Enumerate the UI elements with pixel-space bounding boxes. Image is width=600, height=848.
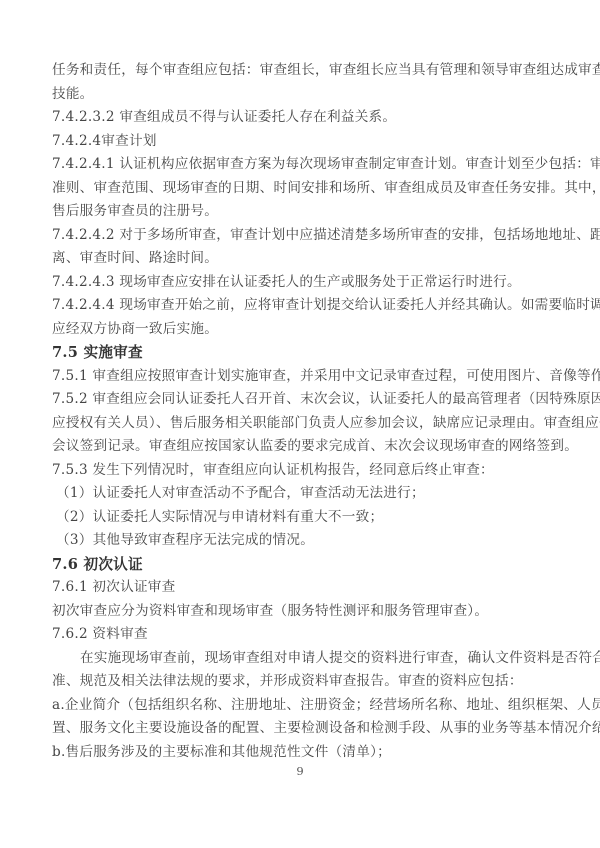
text-line: 应经双方协商一致后实施。 [52,318,550,342]
text-line: 7.4.2.4审查计划 [52,130,550,154]
text-line: 7.4.2.4.3 现场审查应安排在认证委托人的生产或服务处于正常运行时进行。 [52,271,550,295]
text-line: 应授权有关人员）、售后服务相关职能部门负责人应参加会议，缺席应记录理由。审查组应… [52,412,550,436]
text-line: 售后服务审查员的注册号。 [52,200,550,224]
text-line: 任务和责任，每个审查组应包括：审查组长，审查组长应当具有管理和领导审查组达成审查… [52,59,550,83]
text-line: 7.4.2.4.2 对于多场所审查，审查计划中应描述清楚多场所审查的安排，包括场… [52,224,550,248]
text-line: 置、服务文化主要设施设备的配置、主要检测设备和检测手段、从事的业务等基本情况介绍… [52,717,550,741]
document-page: 任务和责任，每个审查组应包括：审查组长，审查组长应当具有管理和领导审查组达成审查… [0,0,600,848]
text-line: 7.5.1 审查组应按照审查计划实施审查，并采用中文记录审查过程，可使用图片、音… [52,365,550,389]
text-line: 7.6.1 初次认证审查 [52,576,550,600]
page-number: 9 [0,764,600,778]
text-line: 7.5.2 审查组应会同认证委托人召开首、末次会议，认证委托人的最高管理者（因特… [52,388,550,412]
text-line: 准、规范及相关法律法规的要求，并形成资料审查报告。审查的资料应包括： [52,670,550,694]
text-line: 7.6.2 资料审查 [52,623,550,647]
text-line: （1）认证委托人对审查活动不予配合，审查活动无法进行； [52,482,550,506]
text-line: 在实施现场审查前，现场审查组对申请人提交的资料进行审查，确认文件资料是否符合认证… [52,647,550,671]
text-line: 准则、审查范围、现场审查的日期、时间安排和场所、审查组成员及审查任务安排。其中，… [52,177,550,201]
text-line: 初次审查应分为资料审查和现场审查（服务特性测评和服务管理审查）。 [52,600,550,624]
text-line: 7.4.2.4.4 现场审查开始之前，应将审查计划提交给认证委托人并经其确认。如… [52,294,550,318]
text-line: 7.5.3 发生下列情况时，审查组应向认证机构报告，经同意后终止审查： [52,459,550,483]
text-line: b.售后服务涉及的主要标准和其他规范性文件（清单）； [52,741,550,765]
text-line: 7.4.2.4.1 认证机构应依据审查方案为每次现场审查制定审查计划。审查计划至… [52,153,550,177]
text-line: 7.4.2.3.2 审查组成员不得与认证委托人存在利益关系。 [52,106,550,130]
section-heading: 7.5 实施审查 [52,341,550,365]
document-body: 任务和责任，每个审查组应包括：审查组长，审查组长应当具有管理和领导审查组达成审查… [52,59,550,764]
text-line: 会议签到记录。审查组应按国家认监委的要求完成首、末次会议现场审查的网络签到。 [52,435,550,459]
text-line: a.企业简介（包括组织名称、注册地址、注册资金；经营场所名称、地址、组织框架、人… [52,694,550,718]
text-line: （2）认证委托人实际情况与申请材料有重大不一致； [52,506,550,530]
text-line: 离、审查时间、路途时间。 [52,247,550,271]
text-line: （3）其他导致审查程序无法完成的情况。 [52,529,550,553]
section-heading: 7.6 初次认证 [52,553,550,577]
text-line: 技能。 [52,83,550,107]
